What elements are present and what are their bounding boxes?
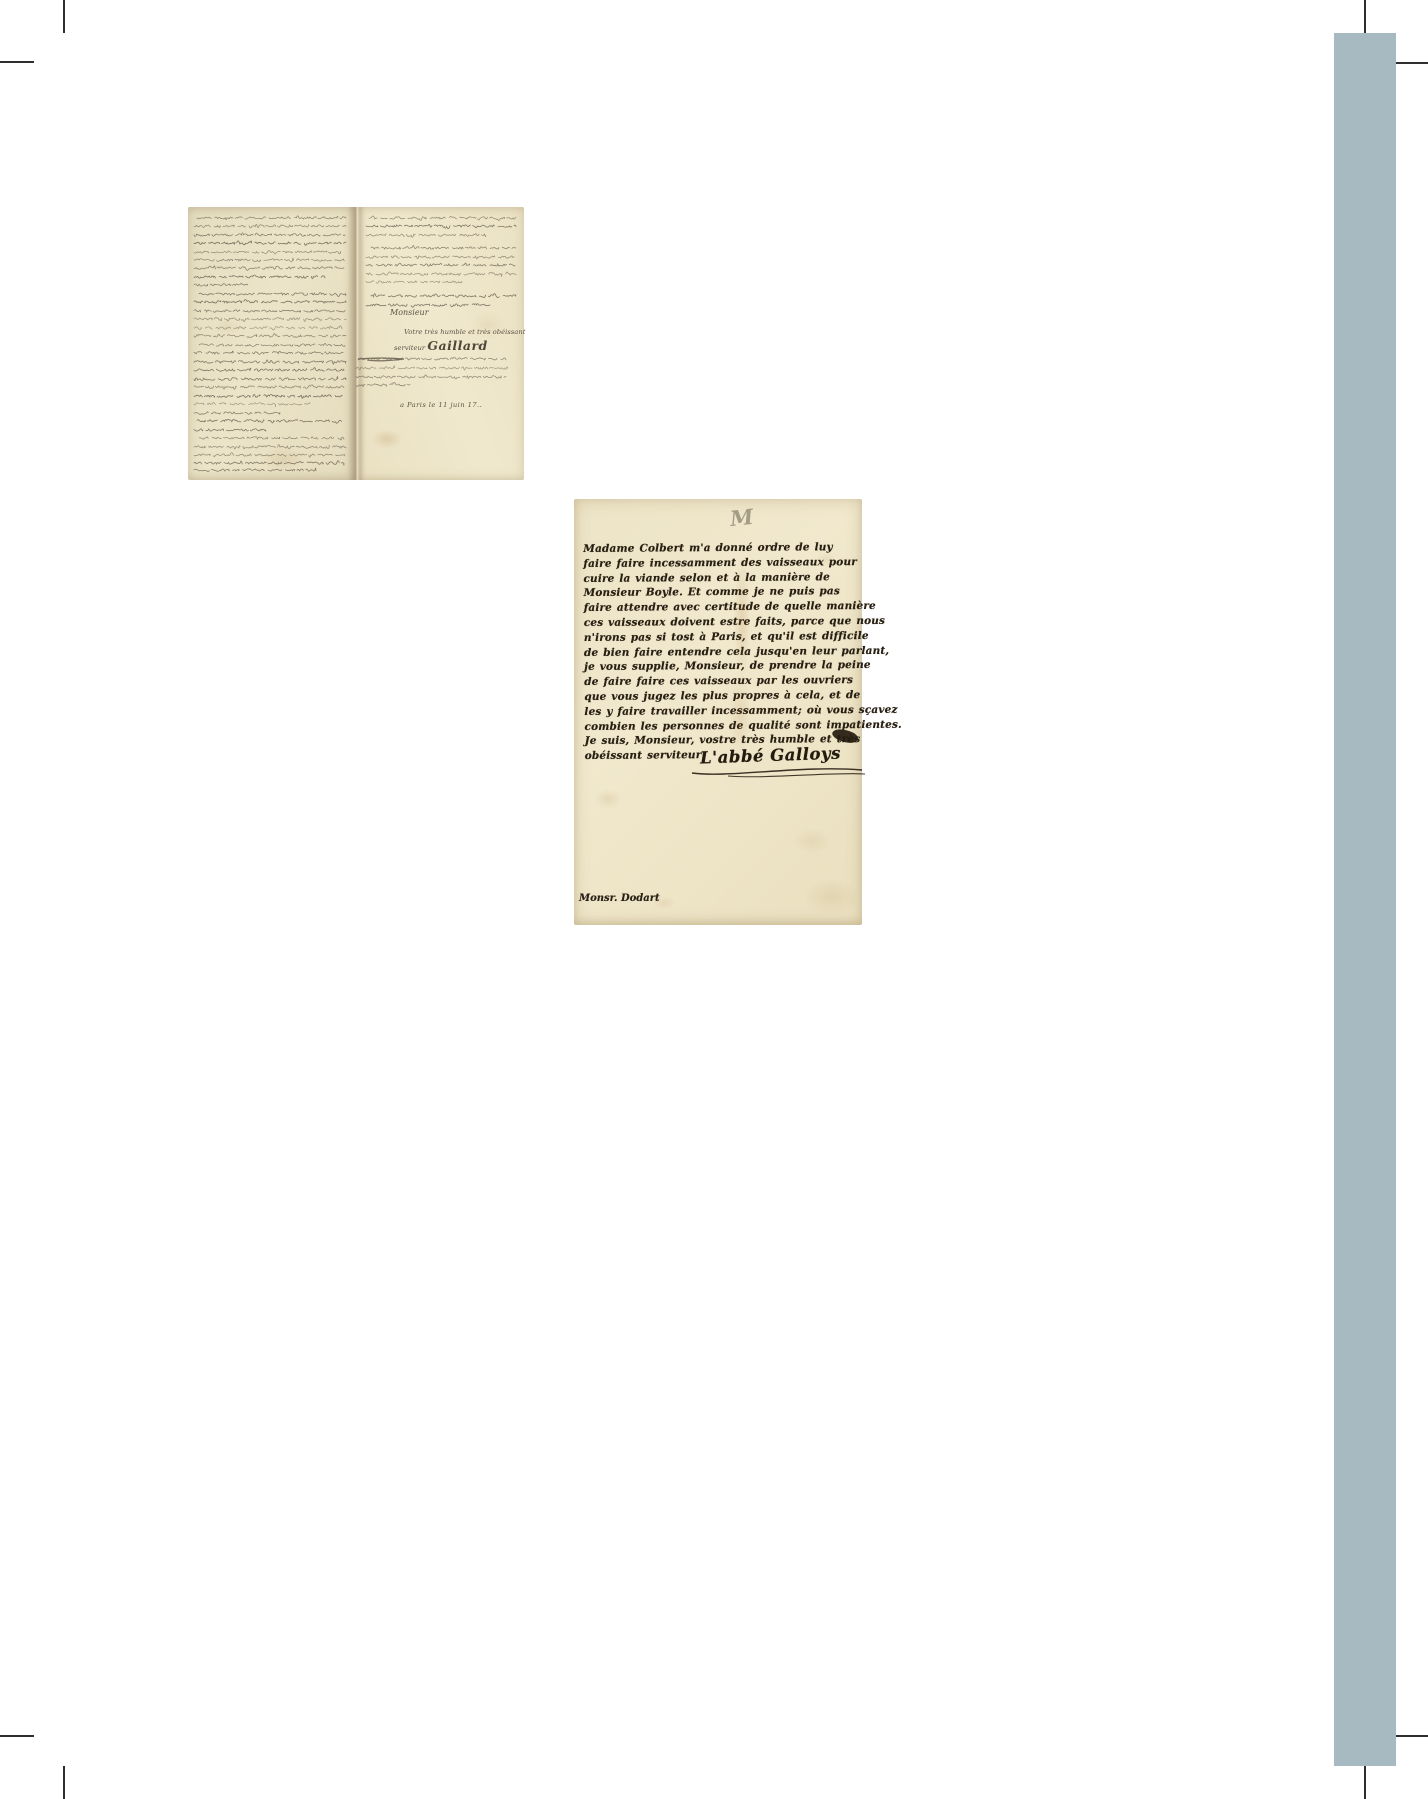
letter-galloys-image: M Madame Colbert m'a donné ordre de luy … [574,499,862,925]
manuscript-salutation: Monsieur [390,308,429,317]
letter-line: Madame Colbert m'a donné ordre de luy [583,540,857,557]
letter-docket: Monsr. Dodart [579,893,660,904]
printed-catalog-page: Monsieur Votre très humble et très obéis… [0,0,1428,1799]
signature-flourish [690,763,866,779]
crop-mark-top-right-horizontal [1394,62,1428,64]
crop-mark-top-left-vertical [63,0,65,33]
letter-line: n'irons pas si tost à Paris, et qu'il es… [584,629,858,646]
letter-line: ces vaisseaux doivent estre faits, parce… [584,614,858,631]
crop-mark-bottom-left-vertical [63,1766,65,1799]
manuscript-signature-prefix: serviteur [394,344,425,352]
letter-line: les y faire travailler incessamment; où … [584,703,858,720]
manuscript-dateline: a Paris le 11 juin 17.. [400,401,482,409]
pencil-mark: M [729,504,755,531]
crop-mark-bottom-left-horizontal [0,1735,34,1737]
letter-line: que vous jugez les plus propres à cela, … [584,688,858,705]
accent-bar [1334,33,1396,1766]
manuscript-signature-line: serviteur Gaillard [394,338,488,353]
manuscript-signature-gaillard: Gaillard [427,338,487,353]
crop-mark-bottom-right-horizontal [1394,1735,1428,1737]
crop-mark-bottom-right-vertical [1364,1766,1366,1799]
crop-mark-top-right-vertical [1364,0,1366,33]
crop-mark-top-left-horizontal [0,61,34,63]
manuscript-spread-image: Monsieur Votre très humble et très obéis… [188,207,524,480]
letter-body: Madame Colbert m'a donné ordre de luy fa… [583,540,859,764]
manuscript-closing-line: Votre très humble et très obéissant [404,328,525,336]
letter-line: faire faire incessamment des vaisseaux p… [583,555,857,572]
